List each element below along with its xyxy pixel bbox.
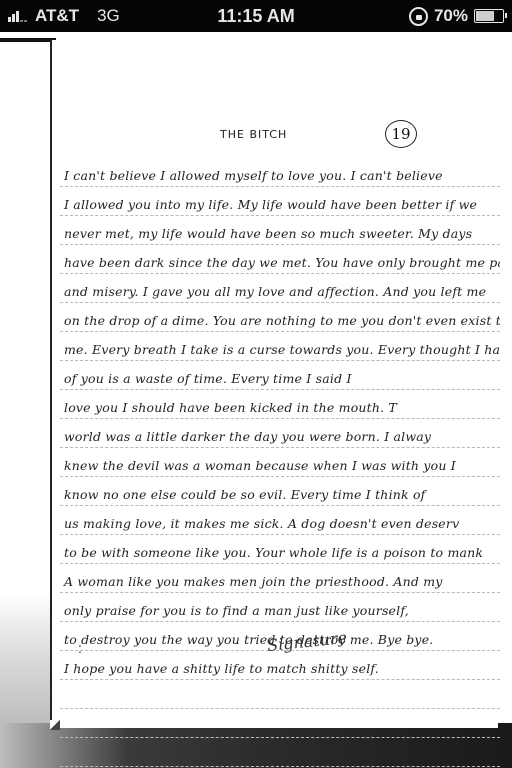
margin-mark: : xyxy=(78,640,82,656)
text-line: world was a little darker the day you we… xyxy=(60,419,500,448)
text-line: me. Every breath I take is a curse towar… xyxy=(60,332,500,361)
text-line: know no one else could be so evil. Every… xyxy=(60,477,500,506)
photo-edge xyxy=(0,38,56,42)
text-line: I allowed you into my life. My life woul… xyxy=(60,187,500,216)
text-line: on the drop of a dime. You are nothing t… xyxy=(60,303,500,332)
signal-icon xyxy=(8,10,27,22)
text-line: and misery. I gave you all my love and a… xyxy=(60,274,500,303)
lined-paper: THE BITCH 19 I can't believe I allowed m… xyxy=(50,40,498,728)
network-type: 3G xyxy=(97,6,120,26)
blank-line xyxy=(60,738,500,767)
page-number-circle: 19 xyxy=(385,120,417,148)
status-right: 70% xyxy=(409,6,504,26)
text-line: knew the devil was a woman because when … xyxy=(60,448,500,477)
blank-line xyxy=(60,709,500,738)
text-line: love you I should have been kicked in th… xyxy=(60,390,500,419)
status-left: AT&T 3G xyxy=(8,6,120,26)
text-line: A woman like you makes men join the prie… xyxy=(60,564,500,593)
text-line: of you is a waste of time. Every time I … xyxy=(60,361,500,390)
battery-icon xyxy=(474,9,504,23)
clock: 11:15 AM xyxy=(217,6,294,27)
handwritten-text: I can't believe I allowed myself to love… xyxy=(60,158,500,767)
blank-line xyxy=(60,680,500,709)
text-line: only praise for you is to find a man jus… xyxy=(60,593,500,622)
orientation-lock-icon xyxy=(409,7,428,26)
carrier-label: AT&T xyxy=(35,6,79,26)
status-bar: AT&T 3G 11:15 AM 70% xyxy=(0,0,512,32)
text-line: have been dark since the day we met. You… xyxy=(60,245,500,274)
letter-photo[interactable]: THE BITCH 19 I can't believe I allowed m… xyxy=(0,32,512,768)
text-line: I can't believe I allowed myself to love… xyxy=(60,158,500,187)
letter-title: THE BITCH xyxy=(220,128,287,141)
text-line: never met, my life would have been so mu… xyxy=(60,216,500,245)
text-line: I hope you have a shitty life to match s… xyxy=(60,651,500,680)
text-line: to be with someone like you. Your whole … xyxy=(60,535,500,564)
text-line: us making love, it makes me sick. A dog … xyxy=(60,506,500,535)
battery-percent: 70% xyxy=(434,6,468,26)
